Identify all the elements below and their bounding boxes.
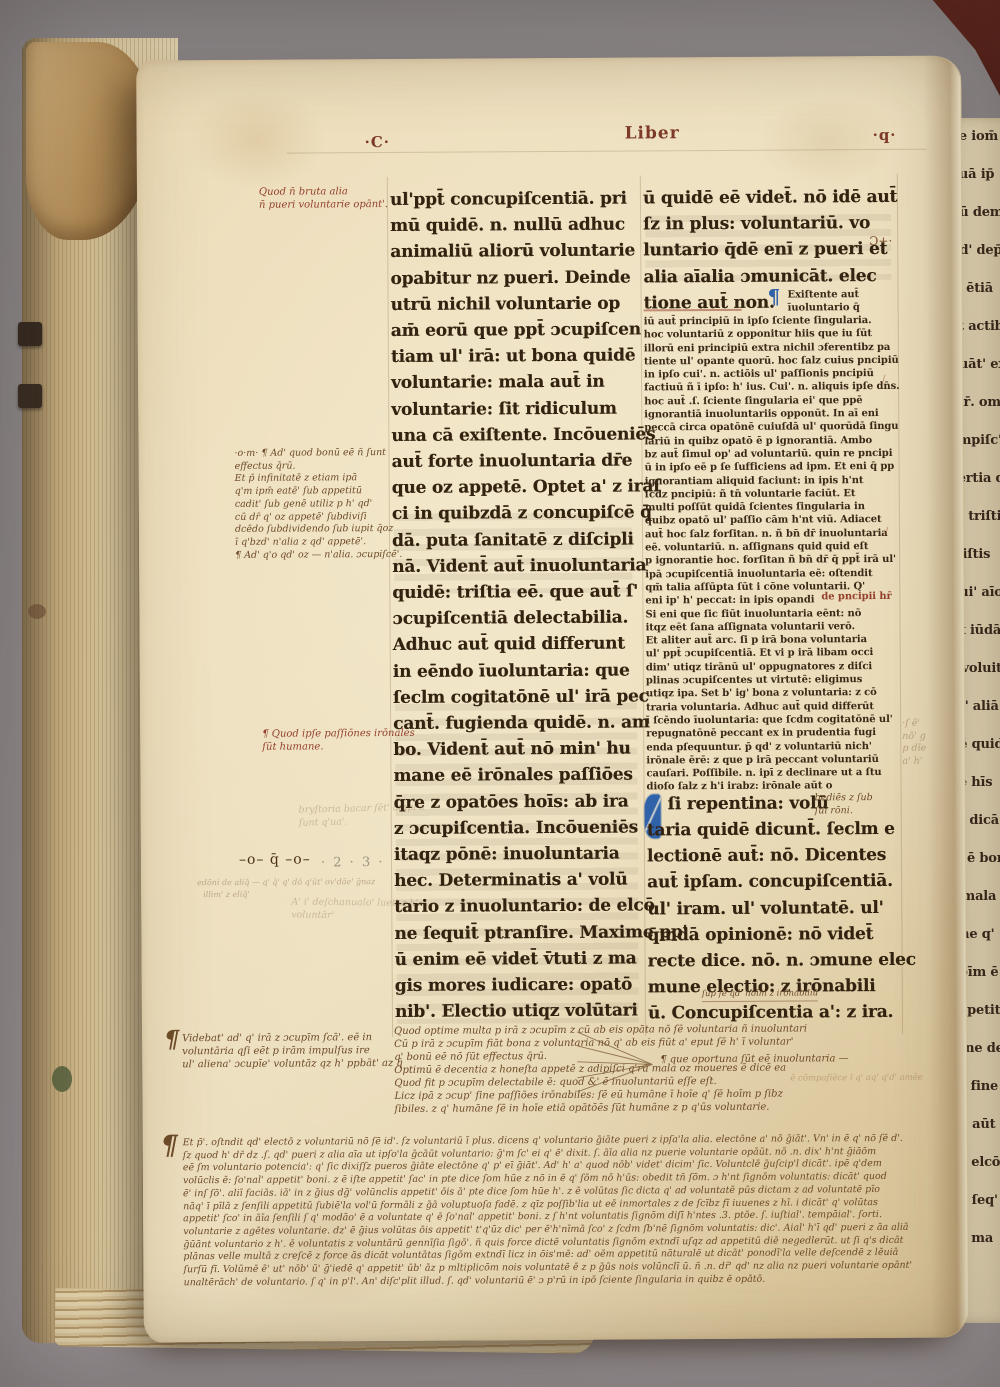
text-line: luntario q̄dē enī z pueri et bbox=[643, 236, 899, 264]
text-line: ·o·m· ¶ Ad' quod bonū eē ñ ſunt bbox=[234, 447, 401, 461]
margin-note-brown: ·o·m· ¶ Ad' quod bonū eē ñ ſunteffectus … bbox=[234, 447, 402, 562]
margin-note-red-mid: ¶ Quod ipſe paſſiōnes irōnalesſūt humane… bbox=[262, 727, 415, 754]
text-line: Quod n̄ bruta alia bbox=[259, 185, 388, 199]
paraph-icon: ¶ bbox=[161, 1130, 178, 1161]
text-line: factiuū ñ ī ipſo: h' ius. Cui'. n. aliqu… bbox=[644, 380, 902, 395]
header-left-mark: ·C· bbox=[365, 133, 391, 151]
bookmark-tab bbox=[18, 384, 42, 408]
text-line: īuoluntario q̄ bbox=[788, 301, 860, 315]
text-line: mane eē irōnales paſſiōes bbox=[393, 762, 640, 790]
text-line: tario z inuoluntario: de elcō bbox=[394, 893, 641, 921]
green-stain bbox=[52, 1066, 72, 1092]
text-line: cauſari. Poſſibile. n. ipī z declinare u… bbox=[646, 766, 904, 781]
pencil-mark: · 2 · 3 · bbox=[321, 855, 385, 870]
text-line: dā. puta ſanitatē z diſcipli bbox=[392, 526, 639, 554]
text-line: aut̄ forte inuoluntaria dr̄e bbox=[391, 448, 638, 476]
text-line: gis mores iudicare: opatō bbox=[395, 972, 642, 1000]
bottom-commentary: Et p̄'. oſtndit qd' electō z voluntariū … bbox=[183, 1133, 959, 1290]
text-line: quibz opatō ul' paſſio cām h'nt viū. Adi… bbox=[645, 513, 903, 528]
gloss-column: iū aut̄ principiū in ipſo ſciente ſingul… bbox=[644, 314, 905, 794]
text-line: ¶ Quod ipſe paſſiōnes irōnales bbox=[262, 727, 415, 741]
text-line: hoc voluntariū z opponitur hiis que iu ſ… bbox=[644, 327, 902, 342]
text-line: am̄ eorū que ppt̄ ɔcupiſcen bbox=[391, 316, 638, 344]
text-line: lectionē aut̄: nō. Dicentes bbox=[647, 842, 903, 870]
text-line: peccā circa opatōnē cuiuſdā ul' quorūdā … bbox=[644, 420, 902, 435]
text-line: recte dice. nō. n. ɔmune elec bbox=[648, 947, 904, 975]
gloss-intro: Exiſtente aut̄īuoluntario q̄ bbox=[787, 288, 859, 315]
text-line: cadit' ſub genē utiliz p h' qd' bbox=[235, 498, 402, 512]
text-line: ū enim eē videt̄ v̄tuti z ma bbox=[395, 945, 642, 973]
text-line: ū in ipſo eē p ſe ſufficiens ad ipm. Et … bbox=[645, 460, 903, 475]
text-line: Et p̄ infinitatē z etiam ipā bbox=[235, 472, 402, 486]
text-line: ſi repentina: volū bbox=[668, 790, 829, 817]
text-line: bediēs z ſub bbox=[815, 792, 873, 805]
text-line: animaliū aliorū voluntarie bbox=[390, 238, 637, 266]
text-line: voluntāria qſi eēt p irām impulſus ire bbox=[182, 1044, 403, 1058]
text-line: p ignorantie hoc. forſitan ñ bn̄ dr̄ q̄ … bbox=[645, 553, 903, 568]
text-line: a' h' bbox=[902, 756, 926, 769]
text-line: enda pſequuntur. p̄ qd' z voluntariū nic… bbox=[646, 739, 904, 754]
text-line: ·ſ ē' bbox=[902, 718, 926, 731]
page-title: Liber bbox=[624, 123, 679, 143]
text-line: effectus q̄rū. bbox=[235, 460, 402, 474]
text-line: cū dr̄ q' oz appetē' ſubdiviſi bbox=[235, 510, 402, 524]
text-line: hec. Determinatis a' volū bbox=[394, 867, 641, 895]
text-line: nō' g bbox=[902, 730, 926, 743]
text-line: ci in quibzdā z concupiſcē q̄ bbox=[392, 500, 639, 528]
text-line: quidē: triſtia eē. que aut̄ ſ' bbox=[392, 579, 639, 607]
manuscript-page: ·C· Liber ·q· Ɔ+· Quod n̄ bruta alian̄ p… bbox=[136, 55, 969, 1342]
text-line: una cā exiſtente. Incōueniēs bbox=[391, 421, 638, 449]
red-tick: ∕ bbox=[885, 526, 888, 537]
faint-scrawl: illim' z eliq̄' bbox=[203, 888, 250, 901]
text-line: ſūt humane. bbox=[262, 740, 415, 754]
text-line: ɔcupiſcentiā delectabilia. bbox=[392, 605, 639, 633]
annotation-fan bbox=[577, 1029, 657, 1099]
parchment-stain bbox=[186, 89, 327, 190]
text-line: ī q'bzd' n'alia z qd' appetē'. bbox=[235, 536, 402, 550]
text-line: ul' iram. ul' voluntatē. ul' bbox=[647, 894, 903, 922]
text-line: bo. Vident̄ aut̄ nō min' hu bbox=[393, 736, 640, 764]
blue-paraph-icon: ¶ bbox=[767, 285, 780, 309]
text-line: itaqz pōnē: inuoluntaria bbox=[394, 841, 641, 869]
text-line: ul'ppt̄ concupiſcentiā. pri bbox=[390, 185, 637, 213]
text-column-left: ul'ppt̄ concupiſcentiā. primū quidē. n. … bbox=[390, 185, 642, 1025]
text-line: tiam ul' irā: ut bona quidē bbox=[391, 343, 638, 371]
text-line: cant̄. fugienda quidē. n. am bbox=[393, 710, 640, 738]
text-line: nā. Vident̄ aut̄ inuoluntaria bbox=[392, 552, 639, 580]
text-line: q̄re z opatōes hoīs: ab ira bbox=[394, 788, 641, 816]
text-line: Adhuc aut̄ quid differunt bbox=[393, 631, 640, 659]
text-line: Videbat' ad' q' irā z ɔcupīm ſcā'. eē in bbox=[182, 1031, 403, 1045]
text-line: ſibiles. z q' humāne ſē in hoīe etiā opā… bbox=[394, 1100, 807, 1116]
bottom-note-left: Videbat' ad' q' irā z ɔcupīm ſcā'. eē in… bbox=[182, 1031, 403, 1071]
text-line: utiqz ipa. Set b' ig' bona z voluntaria:… bbox=[646, 686, 904, 701]
text-line: ne ſequit̄ ptranſire. Maxime pp' bbox=[394, 919, 641, 947]
text-line: p dīe bbox=[902, 743, 926, 756]
interlinear-gloss: ſup ſē qd' hoīm z irōnabiliū bbox=[702, 987, 818, 1002]
text-line: ū quidē eē videt̄. nō idē aut̄ bbox=[643, 184, 899, 212]
text-line: nib'. Electio utiqz volūtari bbox=[395, 998, 642, 1026]
text-line: opabitur nz pueri. Deinde bbox=[390, 264, 637, 292]
text-line: repugnatōnē peccant ex in prudentia fugi bbox=[646, 726, 904, 741]
text-line: que oz appetē. Optet a' z iraſ bbox=[392, 474, 639, 502]
header-right-mark: ·q· bbox=[873, 126, 897, 144]
interlinear-gloss: bediēs z ſubſui rōni. bbox=[815, 792, 873, 818]
text-line: z ɔcupiſcentia. Incōueniēs bbox=[394, 814, 641, 842]
bookmark-tab bbox=[18, 322, 42, 346]
text-line: n̄ pueri voluntarie opānt'. bbox=[259, 198, 388, 212]
text-line: ſeclm cogitatōnē ul' irā pec bbox=[393, 683, 640, 711]
margin-scrawls-right: ·ſ ē'nō' gp dīea' h' bbox=[902, 718, 926, 769]
paraph-icon: ¶ bbox=[164, 1024, 179, 1053]
text-line: aut̄ ipſam. concupiſcentiā. bbox=[647, 868, 903, 896]
leather-cover-patch bbox=[26, 42, 154, 240]
margin-note-red-top: Quod n̄ bruta alian̄ pueri voluntarie op… bbox=[259, 185, 388, 212]
text-line: q'm ipm̄ eatē' ſub appetitū bbox=[235, 485, 402, 499]
faint-scrawl-lower: ē cōmpaſiēce ī q' aq' q'd' amēe bbox=[790, 1072, 923, 1086]
text-line: dim' utiqz tirānū ul' oppugnatores z diſ… bbox=[646, 660, 904, 675]
q-flourish-mark: –o– q̄ –o– bbox=[239, 851, 311, 867]
text-line: mū quidē. n. nullū adhuc bbox=[390, 212, 637, 240]
gloss-red-inline: de pncipii hr̄ bbox=[821, 590, 891, 604]
text-line: ¶ Ad' q'o qd' oz — n'alia. ɔcupiſcē'. bbox=[235, 549, 402, 563]
text-line: Exiſtente aut̄ bbox=[787, 288, 859, 302]
text-line: voluntarie: ſit ridiculum bbox=[391, 395, 638, 423]
text-line: ſz in plus: voluntariū. vo bbox=[643, 210, 899, 238]
text-line: q̄mdā opinionē: nō videt̄ bbox=[647, 921, 903, 949]
photograph-backdrop: de iom̄quā ip̄nū demiid' dep̄is ētiāet a… bbox=[0, 0, 1000, 1387]
brace-label: ¶ que oportuna ſūt eē inuoluntaria — bbox=[660, 1052, 848, 1066]
text-line: utrū nichil voluntarie op bbox=[391, 290, 638, 318]
text-line: ul' ppt̄ ɔcupiſcentiā. Et vi p irā libam… bbox=[646, 646, 904, 661]
text-line: taria quidē dicunt̄. ſeclm e bbox=[647, 816, 903, 844]
stain-spot bbox=[28, 604, 46, 619]
text-line: voluntarie: mala aut̄ in bbox=[391, 369, 638, 397]
text-line: in eēndo īuoluntaria: que bbox=[393, 657, 640, 685]
text-line: ul' aliena' ɔcupīe' voluntāz qz h' ppbāt… bbox=[182, 1057, 403, 1071]
text-line: dcēdo ſubdividendo ſub iupit q̄oz bbox=[235, 523, 402, 537]
red-tick: ∕ bbox=[882, 374, 885, 385]
